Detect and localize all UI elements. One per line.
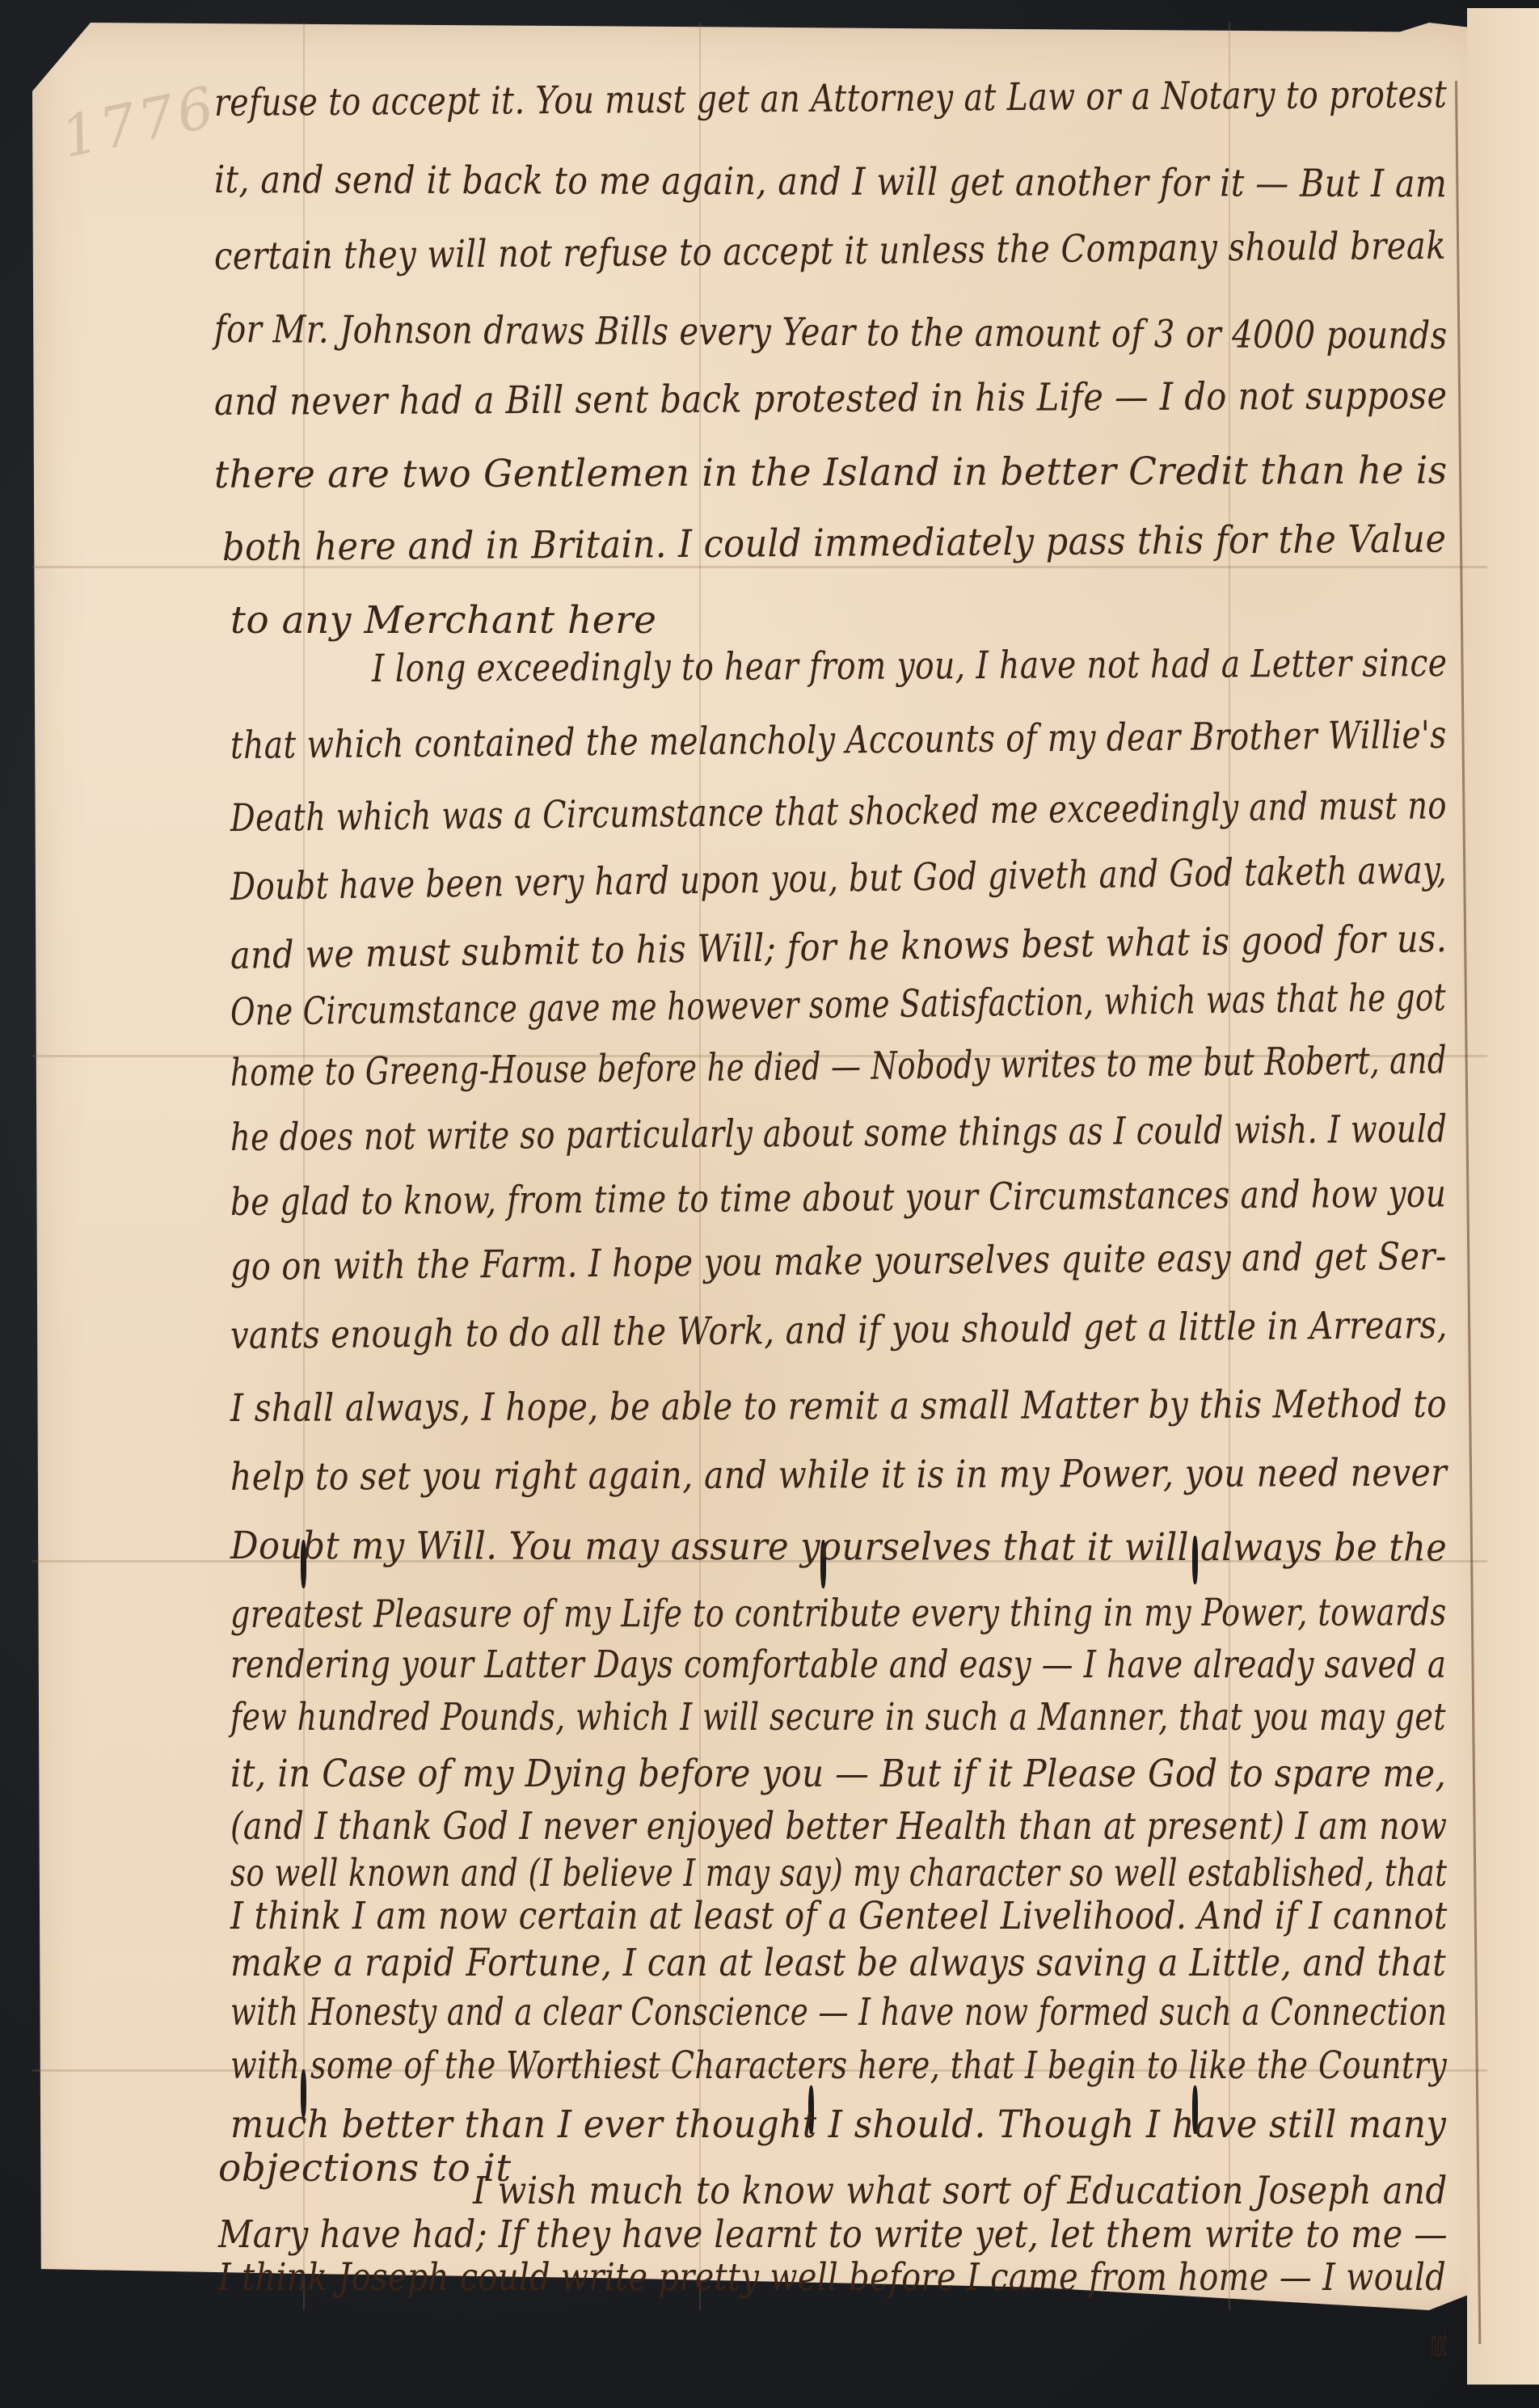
letter-line: Death which was a Circumstance that shoc…	[230, 783, 1447, 841]
letter-line: vants enough to do all the Work, and if …	[230, 1303, 1448, 1358]
letter-line: I shall always, I hope, be able to remit…	[230, 1382, 1447, 1431]
letter-line: I wish much to know what sort of Educati…	[473, 2169, 1448, 2213]
letter-line: Doubt have been very hard upon you, but …	[230, 848, 1448, 909]
letter-line: greatest Pleasure of my Life to contribu…	[230, 1590, 1447, 1637]
letter-line: both here and in Britain. I could immedi…	[222, 517, 1447, 570]
letter-line: and we must submit to his Will; for he k…	[230, 917, 1448, 978]
letter-line: be glad to know, from time to time about…	[230, 1171, 1447, 1225]
letter-line: Mary have had; If they have learnt to wr…	[218, 2212, 1448, 2257]
letter-line: I long exceedingly to hear from you, I h…	[372, 641, 1448, 691]
letter-line: with some of the Worthiest Characters he…	[230, 2043, 1447, 2088]
letter-line: I think Joseph could write pretty well b…	[218, 2255, 1446, 2300]
letter-line: it, in Case of my Dying before you — But…	[230, 1752, 1446, 1796]
letter-line: he does not write so particularly about …	[230, 1107, 1448, 1160]
letter-line: refuse to accept it. You must get an Att…	[214, 72, 1448, 125]
letter-line: for Mr. Johnson draws Bills every Year t…	[214, 307, 1448, 358]
letter-line: rendering your Latter Days comfortable a…	[230, 1643, 1446, 1687]
letter-line: home to Greeng-House before he died — No…	[230, 1038, 1447, 1095]
letter-line: Doubt my Will. You may assure yourselves…	[230, 1524, 1447, 1571]
letter-line: so well known and (I believe I may say) …	[230, 1851, 1448, 1896]
letter-line: that which contained the melancholy Acco…	[230, 713, 1447, 768]
letter-line: I think I am now certain at least of a G…	[230, 1894, 1448, 1938]
letter-line: there are two Gentlemen in the Island in…	[214, 449, 1448, 497]
letter-line: (and I thank God I never enjoyed better …	[230, 1804, 1448, 1849]
letter-line: One Circumstance gave me however some Sa…	[230, 976, 1447, 1035]
letter-body: refuse to accept it. You must get an Att…	[0, 0, 1539, 2408]
letter-line: it, and send it back to me again, and I …	[214, 158, 1448, 206]
letter-line: few hundred Pounds, which I will secure …	[230, 1695, 1446, 1740]
letter-line: make a rapid Fortune, I can at least be …	[230, 1941, 1446, 1985]
letter-line: with Honesty and a clear Conscience — I …	[230, 1990, 1447, 2035]
letter-line: certain they will not refuse to accept i…	[214, 224, 1446, 279]
letter-line: objections to it	[218, 2146, 512, 2191]
letter-line: and never had a Bill sent back protested…	[214, 373, 1448, 424]
letter-line: go on with the Farm. I hope you make you…	[230, 1234, 1447, 1289]
letter-line: not	[1431, 2322, 1447, 2366]
letter-line: much better than I ever thought I should…	[230, 2102, 1446, 2147]
letter-line: to any Merchant here	[230, 598, 656, 643]
letter-line: help to set you right again, and while i…	[230, 1451, 1447, 1499]
